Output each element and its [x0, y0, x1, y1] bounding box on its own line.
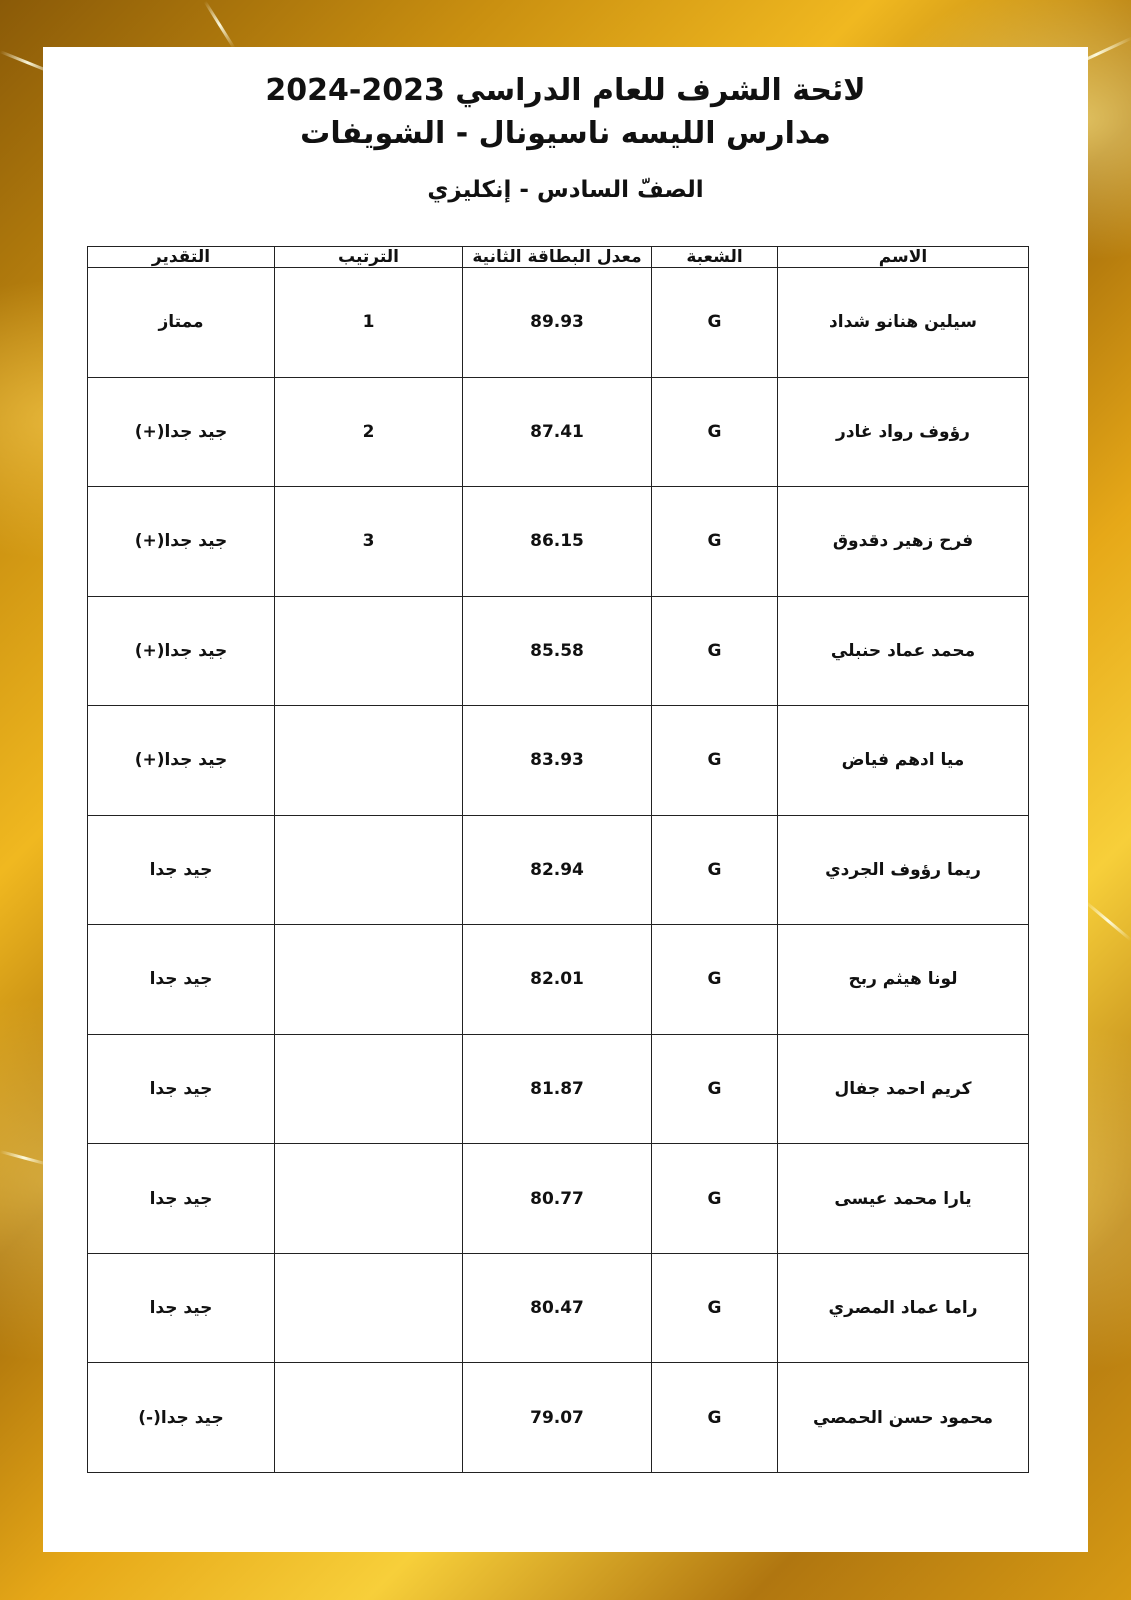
cell-grade: جيد جدا(+)	[88, 377, 275, 487]
cell-name: لونا هيثم ربح	[778, 925, 1029, 1035]
cell-section: G	[652, 377, 778, 487]
cell-average: 81.87	[463, 1034, 652, 1144]
decorative-light-streak	[0, 1150, 49, 1166]
cell-name: محمود حسن الحمصي	[778, 1363, 1029, 1473]
table-row: لونا هيثم ربح G 82.01 جيد جدا	[88, 925, 1029, 1035]
cell-section: G	[652, 268, 778, 378]
cell-rank: 3	[275, 487, 463, 597]
cell-average: 89.93	[463, 268, 652, 378]
cell-rank	[275, 815, 463, 925]
cell-grade: جيد جدا(+)	[88, 596, 275, 706]
honor-roll-table: الاسم الشعبة معدل البطاقة الثانية الترتي…	[87, 246, 1029, 1473]
cell-section: G	[652, 596, 778, 706]
cell-rank	[275, 1363, 463, 1473]
cell-grade: جيد جدا	[88, 815, 275, 925]
header-name: الاسم	[778, 247, 1029, 268]
cell-grade: جيد جدا	[88, 925, 275, 1035]
cell-average: 82.01	[463, 925, 652, 1035]
cell-section: G	[652, 815, 778, 925]
table-row: محمود حسن الحمصي G 79.07 جيد جدا(-)	[88, 1363, 1029, 1473]
table-row: كريم احمد جفال G 81.87 جيد جدا	[88, 1034, 1029, 1144]
cell-section: G	[652, 1034, 778, 1144]
cell-average: 86.15	[463, 487, 652, 597]
header-grade: التقدير	[88, 247, 275, 268]
class-subtitle: الصفّ السادس - إنكليزي	[43, 177, 1088, 203]
header-rank: الترتيب	[275, 247, 463, 268]
cell-rank	[275, 1034, 463, 1144]
cell-average: 87.41	[463, 377, 652, 487]
cell-section: G	[652, 1144, 778, 1254]
cell-average: 80.77	[463, 1144, 652, 1254]
cell-name: راما عماد المصري	[778, 1253, 1029, 1363]
cell-rank	[275, 1253, 463, 1363]
cell-name: ريما رؤوف الجردي	[778, 815, 1029, 925]
cell-name: كريم احمد جفال	[778, 1034, 1029, 1144]
table-row: راما عماد المصري G 80.47 جيد جدا	[88, 1253, 1029, 1363]
honor-roll-page: لائحة الشرف للعام الدراسي 2023-2024 مدار…	[43, 47, 1088, 1552]
cell-name: يارا محمد عيسى	[778, 1144, 1029, 1254]
title-line-year: لائحة الشرف للعام الدراسي 2023-2024	[43, 69, 1088, 112]
cell-average: 85.58	[463, 596, 652, 706]
decorative-light-streak	[204, 1, 236, 49]
header-section: الشعبة	[652, 247, 778, 268]
cell-section: G	[652, 706, 778, 816]
cell-rank	[275, 1144, 463, 1254]
document-title: لائحة الشرف للعام الدراسي 2023-2024 مدار…	[43, 69, 1088, 155]
table-row: فرح زهير دقدوق G 86.15 3 جيد جدا(+)	[88, 487, 1029, 597]
cell-rank: 1	[275, 268, 463, 378]
cell-section: G	[652, 1363, 778, 1473]
table-row: رؤوف رواد غادر G 87.41 2 جيد جدا(+)	[88, 377, 1029, 487]
table-header-row: الاسم الشعبة معدل البطاقة الثانية الترتي…	[88, 247, 1029, 268]
cell-average: 82.94	[463, 815, 652, 925]
cell-rank	[275, 706, 463, 816]
cell-grade: جيد جدا	[88, 1253, 275, 1363]
cell-name: سيلين هنانو شداد	[778, 268, 1029, 378]
cell-grade: جيد جدا	[88, 1144, 275, 1254]
cell-grade: جيد جدا(+)	[88, 706, 275, 816]
header-average: معدل البطاقة الثانية	[463, 247, 652, 268]
cell-grade: جيد جدا(+)	[88, 487, 275, 597]
cell-rank	[275, 925, 463, 1035]
cell-average: 83.93	[463, 706, 652, 816]
cell-average: 79.07	[463, 1363, 652, 1473]
table-row: ميا ادهم فياض G 83.93 جيد جدا(+)	[88, 706, 1029, 816]
cell-grade: ممتاز	[88, 268, 275, 378]
cell-section: G	[652, 1253, 778, 1363]
cell-name: ميا ادهم فياض	[778, 706, 1029, 816]
cell-section: G	[652, 925, 778, 1035]
table-row: ريما رؤوف الجردي G 82.94 جيد جدا	[88, 815, 1029, 925]
table-row: محمد عماد حنبلي G 85.58 جيد جدا(+)	[88, 596, 1029, 706]
cell-name: محمد عماد حنبلي	[778, 596, 1029, 706]
cell-grade: جيد جدا(-)	[88, 1363, 275, 1473]
cell-name: رؤوف رواد غادر	[778, 377, 1029, 487]
cell-rank	[275, 596, 463, 706]
title-line-school: مدارس الليسه ناسيونال - الشويفات	[43, 112, 1088, 155]
cell-name: فرح زهير دقدوق	[778, 487, 1029, 597]
cell-rank: 2	[275, 377, 463, 487]
decorative-light-streak	[1084, 900, 1131, 941]
cell-section: G	[652, 487, 778, 597]
table-row: سيلين هنانو شداد G 89.93 1 ممتاز	[88, 268, 1029, 378]
table-row: يارا محمد عيسى G 80.77 جيد جدا	[88, 1144, 1029, 1254]
cell-average: 80.47	[463, 1253, 652, 1363]
cell-grade: جيد جدا	[88, 1034, 275, 1144]
